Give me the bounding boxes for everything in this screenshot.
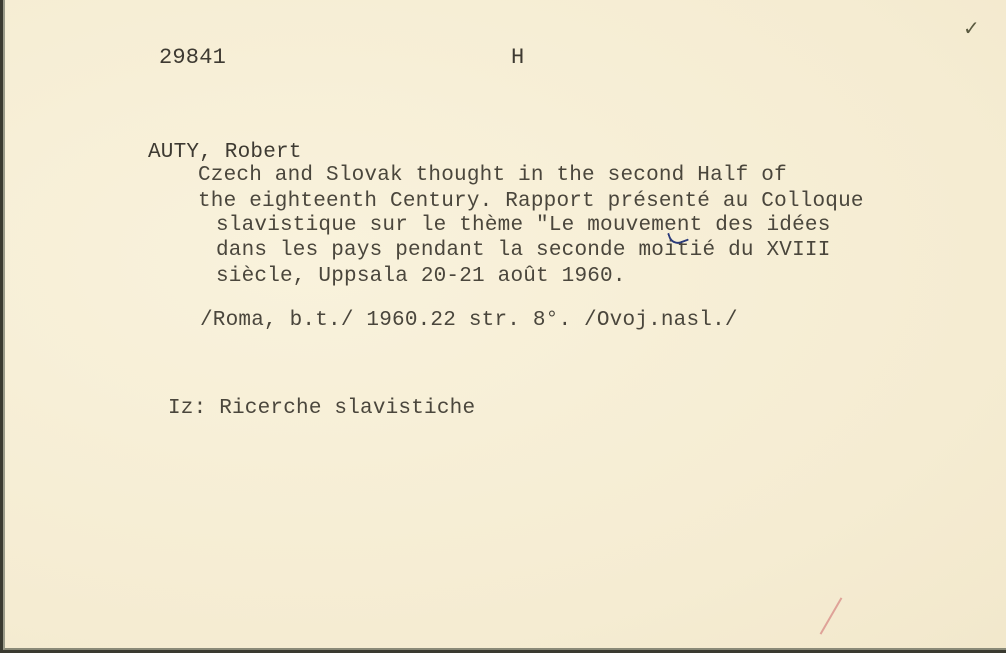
title-line-2: the eighteenth Century. Rapport présenté… (198, 189, 864, 215)
section-letter: H (511, 45, 524, 71)
title-line-3: slavistique sur le thème "Le mouvement d… (216, 213, 831, 239)
red-pencil-mark (820, 597, 843, 634)
checkmark-icon: ✓ (963, 16, 987, 40)
catalog-card: 29841 H ✓ AUTY, Robert Czech and Slovak … (3, 0, 1006, 650)
source-line: Iz: Ricerche slavistiche (168, 396, 475, 422)
title-line-1: Czech and Slovak thought in the second H… (198, 163, 787, 189)
imprint-line: /Roma, b.t./ 1960.22 str. 8°. /Ovoj.nasl… (200, 308, 738, 334)
title-line-5: siècle, Uppsala 20-21 août 1960. (216, 264, 626, 290)
title-line-4: dans les pays pendant la seconde moitié … (216, 238, 831, 264)
call-number: 29841 (159, 45, 226, 71)
